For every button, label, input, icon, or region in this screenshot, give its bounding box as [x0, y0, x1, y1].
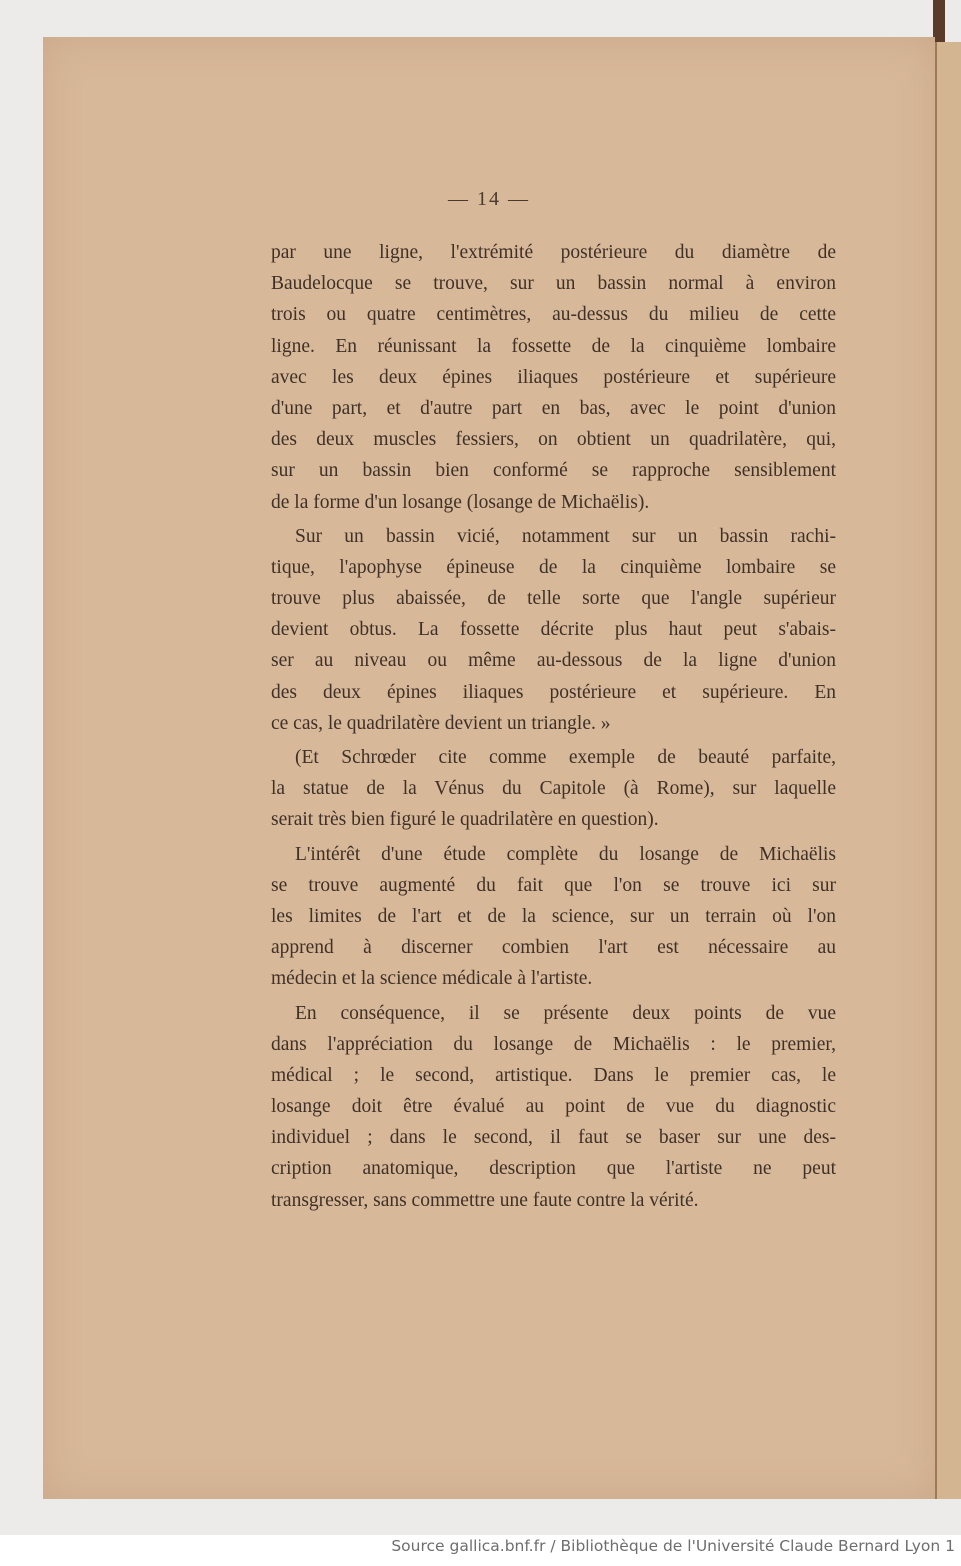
- text-line: ce cas, le quadrilatère devient un trian…: [271, 708, 836, 739]
- book-page: — 14 — par une ligne, l'extrémité postér…: [43, 37, 935, 1499]
- text-line: ser au niveau ou même au-dessous de la l…: [271, 645, 836, 676]
- text-line: médecin et la science médicale à l'artis…: [271, 963, 836, 994]
- body-text: par une ligne, l'extrémité postérieure d…: [271, 237, 836, 1216]
- text-line: En conséquence, il se présente deux poin…: [271, 998, 836, 1029]
- text-line: ligne. En réunissant la fossette de la c…: [271, 331, 836, 362]
- paragraph: Sur un bassin vicié, notamment sur un ba…: [271, 521, 836, 739]
- paragraph: (Et Schrœder cite comme exemple de beaut…: [271, 742, 836, 836]
- paragraph: par une ligne, l'extrémité postérieure d…: [271, 237, 836, 518]
- text-line: Sur un bassin vicié, notamment sur un ba…: [271, 521, 836, 552]
- text-line: par une ligne, l'extrémité postérieure d…: [271, 237, 836, 268]
- text-line: dans l'appréciation du losange de Michaë…: [271, 1029, 836, 1060]
- text-line: des deux épines iliaques postérieure et …: [271, 677, 836, 708]
- text-line: de la forme d'un losange (losange de Mic…: [271, 487, 836, 518]
- text-line: avec les deux épines iliaques postérieur…: [271, 362, 836, 393]
- text-line: L'intérêt d'une étude complète du losang…: [271, 839, 836, 870]
- text-line: la statue de la Vénus du Capitole (à Rom…: [271, 773, 836, 804]
- text-line: sur un bassin bien conformé se rapproche…: [271, 455, 836, 486]
- paragraph: En conséquence, il se présente deux poin…: [271, 998, 836, 1216]
- text-line: serait très bien figuré le quadrilatère …: [271, 804, 836, 835]
- text-line: cription anatomique, description que l'a…: [271, 1153, 836, 1184]
- paragraph: L'intérêt d'une étude complète du losang…: [271, 839, 836, 995]
- text-line: trois ou quatre centimètres, au-dessus d…: [271, 299, 836, 330]
- text-line: apprend à discerner combien l'art est né…: [271, 932, 836, 963]
- text-line: trouve plus abaissée, de telle sorte que…: [271, 583, 836, 614]
- text-line: losange doit être évalué au point de vue…: [271, 1091, 836, 1122]
- text-line: des deux muscles fessiers, on obtient un…: [271, 424, 836, 455]
- text-line: se trouve augmenté du fait que l'on se t…: [271, 870, 836, 901]
- page-number: — 14 —: [43, 188, 935, 211]
- text-line: médical ; le second, artistique. Dans le…: [271, 1060, 836, 1091]
- text-line: les limites de l'art et de la science, s…: [271, 901, 836, 932]
- text-line: transgresser, sans commettre une faute c…: [271, 1185, 836, 1216]
- text-line: d'une part, et d'autre part en bas, avec…: [271, 393, 836, 424]
- source-caption: Source gallica.bnf.fr / Bibliothèque de …: [391, 1537, 955, 1563]
- adjacent-page-edge: [935, 42, 961, 1499]
- text-line: Baudelocque se trouve, sur un bassin nor…: [271, 268, 836, 299]
- text-line: tique, l'apophyse épineuse de la cinquiè…: [271, 552, 836, 583]
- text-line: (Et Schrœder cite comme exemple de beaut…: [271, 742, 836, 773]
- text-line: devient obtus. La fossette décrite plus …: [271, 614, 836, 645]
- text-line: individuel ; dans le second, il faut se …: [271, 1122, 836, 1153]
- book-spine-shadow: [933, 0, 945, 42]
